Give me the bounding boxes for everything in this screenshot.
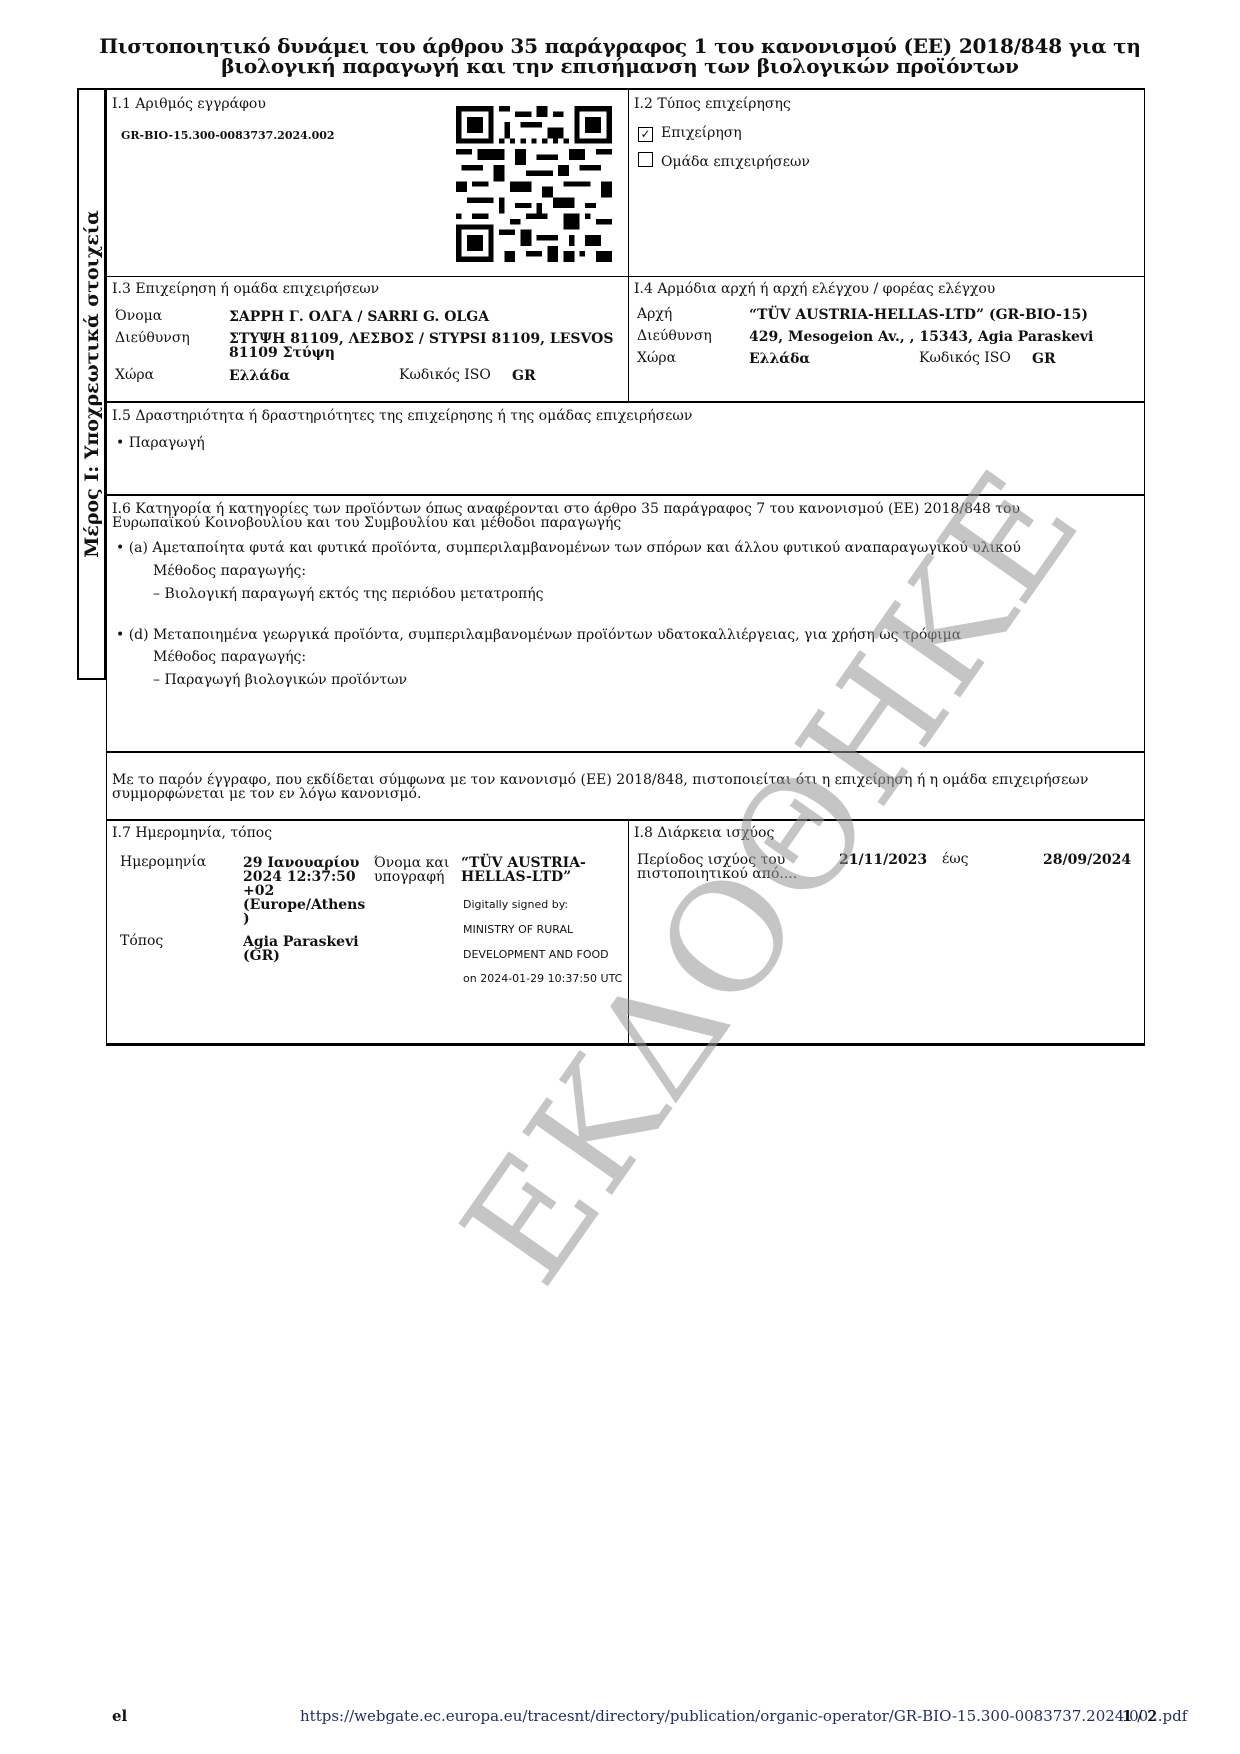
digital-signature-line: DEVELOPMENT AND FOOD <box>463 948 609 961</box>
category-item: • (a) Αμεταποίητα φυτά και φυτικά προϊόν… <box>116 540 1021 556</box>
section-label: I.2 Τύπος επιχείρησης <box>634 96 791 112</box>
name-label: Όνομα <box>115 308 162 324</box>
checkbox-checked-icon[interactable]: ✓ <box>638 127 653 142</box>
address-label: Διεύθυνση <box>115 330 190 346</box>
section-label: I.6 Κατηγορία ή κατηγορίες των προϊόντων… <box>112 502 1112 530</box>
part-label-text: Μέρος I: Υποχρεωτικά στοιχεία <box>81 210 103 557</box>
method-label: Μέθοδος παραγωγής: <box>153 563 306 579</box>
category-item: • (d) Μεταποιημένα γεωργικά προϊόντα, συ… <box>116 627 961 643</box>
section-activities: I.5 Δραστηριότητα ή δραστηριότητες της ε… <box>106 401 1145 495</box>
iso-label: Κωδικός ISO <box>399 367 491 383</box>
document-title: Πιστοποιητικό δυνάμει του άρθρου 35 παρά… <box>70 36 1170 76</box>
issue-place: Agia Paraskevi (GR) <box>243 935 361 963</box>
section-validity: I.8 Διάρκεια ισχύος Περίοδος ισχύος του … <box>628 819 1145 1046</box>
checkbox-business-group[interactable]: Ομάδα επιχειρήσεων <box>638 152 810 170</box>
signer-name: “TÜV AUSTRIA-HELLAS-LTD” <box>461 856 611 884</box>
issue-date: 29 Ιανουαρίου 2024 12:37:50 +02 (Europe/… <box>243 856 361 926</box>
section-label: I.8 Διάρκεια ισχύος <box>634 825 774 841</box>
section-operator: I.3 Επιχείρηση ή ομάδα επιχειρήσεων Όνομ… <box>106 276 629 402</box>
section-label: I.1 Αριθμός εγγράφου <box>112 96 266 112</box>
authority-country: Ελλάδα <box>749 352 810 366</box>
digital-signature-line: on 2024-01-29 10:37:50 UTC <box>463 972 622 985</box>
section-control-body: I.4 Αρμόδια αρχή ή αρχή ελέγχου / φορέας… <box>628 276 1145 402</box>
digital-signature-line: Digitally signed by: <box>463 898 568 911</box>
country-label: Χώρα <box>637 350 676 366</box>
authority-address: 429, Mesogeion Av., , 15343, Agia Parask… <box>749 330 1139 344</box>
footer-url-link[interactable]: https://webgate.ec.europa.eu/tracesnt/di… <box>300 1707 1187 1725</box>
method-label: Μέθοδος παραγωγής: <box>153 649 306 665</box>
authority-iso: GR <box>1032 352 1056 366</box>
validity-period-label: Περίοδος ισχύος του πιστοποιητικού από..… <box>637 853 807 881</box>
date-label: Ημερομηνία <box>120 854 206 870</box>
section-label: I.7 Ημερομηνία, τόπος <box>112 825 272 841</box>
digital-signature-line: MINISTRY OF RURAL <box>463 923 573 936</box>
iso-label: Κωδικός ISO <box>919 350 1011 366</box>
authority-name: “TÜV AUSTRIA-HELLAS-LTD” (GR-BIO-15) <box>749 308 1139 322</box>
footer-language: el <box>112 1707 127 1725</box>
checkbox-unchecked-icon[interactable] <box>638 152 653 167</box>
section-business-type: I.2 Τύπος επιχείρησης ✓Επιχείρηση Ομάδα … <box>628 88 1145 277</box>
part-label: Μέρος I: Υποχρεωτικά στοιχεία <box>77 88 106 680</box>
statement-text: Με το παρόν έγγραφο, που εκδίδεται σύμφω… <box>112 773 1112 801</box>
address-label: Διεύθυνση <box>637 328 712 344</box>
method-value: – Παραγωγή βιολογικών προϊόντων <box>153 672 407 688</box>
section-label: I.5 Δραστηριότητα ή δραστηριότητες της ε… <box>112 408 692 424</box>
valid-to: 28/09/2024 <box>1043 853 1131 867</box>
activity-item: • Παραγωγή <box>116 435 205 451</box>
valid-from: 21/11/2023 <box>839 853 927 867</box>
to-label: έως <box>942 851 969 867</box>
page-number: 1 / 2 <box>1122 1707 1157 1725</box>
checkbox-business[interactable]: ✓Επιχείρηση <box>638 125 742 142</box>
section-date-place: I.7 Ημερομηνία, τόπος Ημερομηνία 29 Ιανο… <box>106 819 629 1046</box>
document-number: GR-BIO-15.300-0083737.2024.002 <box>121 129 335 143</box>
country-label: Χώρα <box>115 367 154 383</box>
operator-country: Ελλάδα <box>229 369 290 383</box>
place-label: Τόπος <box>120 933 163 949</box>
operator-name: ΣΑΡΡΗ Γ. ΟΛΓΑ / SARRI G. OLGA <box>229 310 624 324</box>
qr-code-icon <box>456 106 612 262</box>
authority-label: Αρχή <box>637 306 672 322</box>
signature-label: Όνομα και υπογραφή <box>374 856 454 884</box>
method-value: – Βιολογική παραγωγή εκτός της περιόδου … <box>153 586 543 602</box>
operator-address: ΣΤΥΨΗ 81109, ΛΕΣΒΟΣ / STYPSI 81109, LESV… <box>229 332 624 360</box>
section-label: I.4 Αρμόδια αρχή ή αρχή ελέγχου / φορέας… <box>634 281 995 297</box>
section-document-number: I.1 Αριθμός εγγράφου GR-BIO-15.300-00837… <box>106 88 629 277</box>
section-product-categories: I.6 Κατηγορία ή κατηγορίες των προϊόντων… <box>106 494 1145 752</box>
section-label: I.3 Επιχείρηση ή ομάδα επιχειρήσεων <box>112 281 379 297</box>
operator-iso: GR <box>512 369 536 383</box>
compliance-statement: Με το παρόν έγγραφο, που εκδίδεται σύμφω… <box>106 751 1145 820</box>
